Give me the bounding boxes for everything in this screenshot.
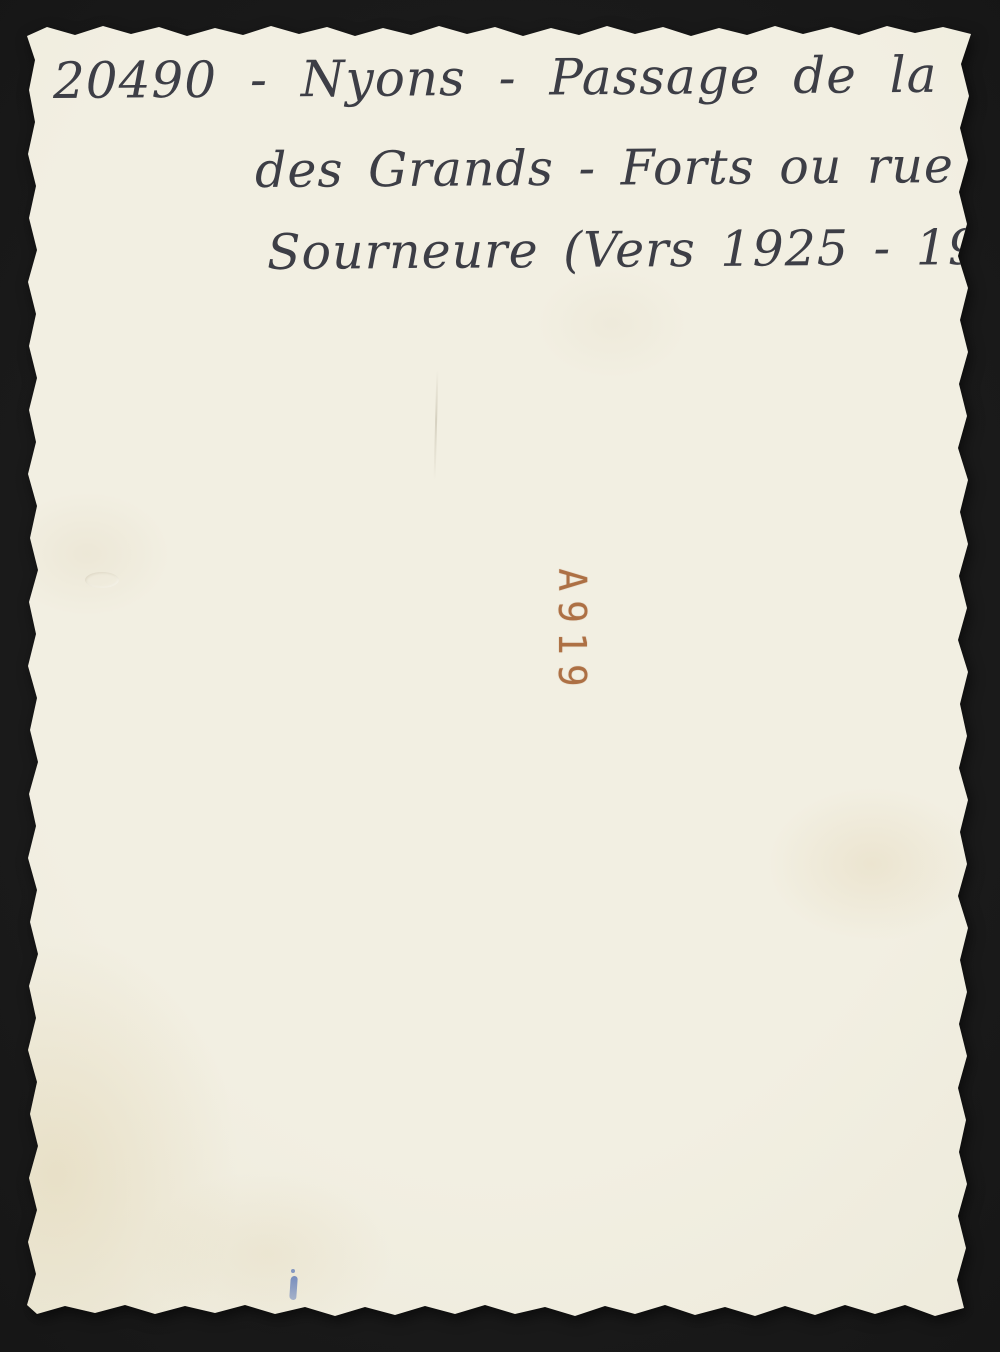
blue-ink-dot xyxy=(291,1269,295,1273)
photo-paper-wrapper: 20490 - Nyons - Passage de la rue des Gr… xyxy=(27,24,971,1316)
paper-emboss-mark xyxy=(85,572,119,588)
blue-ink-mark xyxy=(289,1276,298,1300)
scan-background: { "scan": { "background_color": "#1a1a1a… xyxy=(0,0,1000,1352)
photo-back-paper: 20490 - Nyons - Passage de la rue des Gr… xyxy=(27,24,971,1316)
handwritten-caption-line3: Sourneure (Vers 1925 - 1930) xyxy=(267,218,1000,281)
handwritten-caption-line2: des Grands - Forts ou rue xyxy=(255,137,954,199)
archive-number-stamp: A919 xyxy=(550,568,594,696)
paper-scratch-mark xyxy=(434,370,439,480)
handwritten-caption-line1: 20490 - Nyons - Passage de la rue xyxy=(53,45,1000,110)
